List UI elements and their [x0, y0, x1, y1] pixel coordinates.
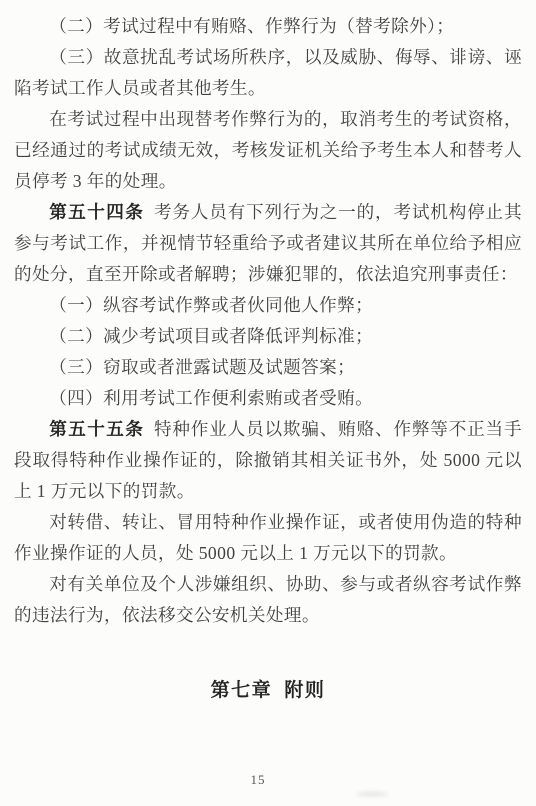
- document-page: （二）考试过程中有贿赂、作弊行为（替考除外）； （三）故意扰乱考试场所秩序，以及…: [0, 0, 536, 806]
- article-paragraph: 第五十四条考务人员有下列行为之一的，考试机构停止其参与考试工作，并视情节轻重给予…: [14, 197, 522, 290]
- clause-text: （一）纵容考试作弊或者伙同他人作弊；: [49, 295, 373, 315]
- article-number-label: 第五十四条: [49, 202, 144, 222]
- clause-item: （四）利用考试工作便利索贿或者受贿。: [14, 383, 522, 414]
- body-paragraph: 对转借、转让、冒用特种作业操作证，或者使用伪造的特种作业操作证的人员，处 500…: [14, 507, 522, 569]
- paragraph-text: 在考试过程中出现替考作弊行为的，取消考生的考试资格，已经通过的考试成绩无效，考核…: [14, 109, 522, 191]
- clause-item: （三）故意扰乱考试场所秩序，以及威胁、侮辱、诽谤、诬陷考试工作人员或者其他考生。: [14, 42, 522, 104]
- body-paragraph: 在考试过程中出现替考作弊行为的，取消考生的考试资格，已经通过的考试成绩无效，考核…: [14, 104, 522, 197]
- clause-item: （三）窃取或者泄露试题及试题答案；: [14, 352, 522, 383]
- clause-text: （三）故意扰乱考试场所秩序，以及威胁、侮辱、诽谤、诬陷考试工作人员或者其他考生。: [14, 47, 522, 98]
- clause-text: （四）利用考试工作便利索贿或者受贿。: [49, 388, 373, 408]
- article-paragraph: 第五十五条特种作业人员以欺骗、贿赂、作弊等不正当手段取得特种作业操作证的，除撤销…: [14, 414, 522, 507]
- paragraph-text: 对转借、转让、冒用特种作业操作证，或者使用伪造的特种作业操作证的人员，处 500…: [14, 512, 522, 563]
- clause-item: （二）减少考试项目或者降低评判标准；: [14, 321, 522, 352]
- clause-item: （一）纵容考试作弊或者伙同他人作弊；: [14, 290, 522, 321]
- body-paragraph: 对有关单位及个人涉嫌组织、协助、参与或者纵容考试作弊的违法行为，依法移交公安机关…: [14, 569, 522, 631]
- paragraph-text: 对有关单位及个人涉嫌组织、协助、参与或者纵容考试作弊的违法行为，依法移交公安机关…: [14, 574, 522, 625]
- clause-text: （二）减少考试项目或者降低评判标准；: [49, 326, 373, 346]
- clause-text: （三）窃取或者泄露试题及试题答案；: [49, 357, 355, 377]
- clause-text: （二）考试过程中有贿赂、作弊行为（替考除外）；: [49, 16, 454, 36]
- article-number-label: 第五十五条: [49, 419, 144, 439]
- document-body: （二）考试过程中有贿赂、作弊行为（替考除外）； （三）故意扰乱考试场所秩序，以及…: [14, 11, 522, 631]
- chapter-heading: 第七章 附则: [0, 676, 536, 706]
- scan-artifact: [356, 792, 388, 796]
- page-number: 15: [0, 772, 526, 788]
- clause-item: （二）考试过程中有贿赂、作弊行为（替考除外）；: [14, 11, 522, 42]
